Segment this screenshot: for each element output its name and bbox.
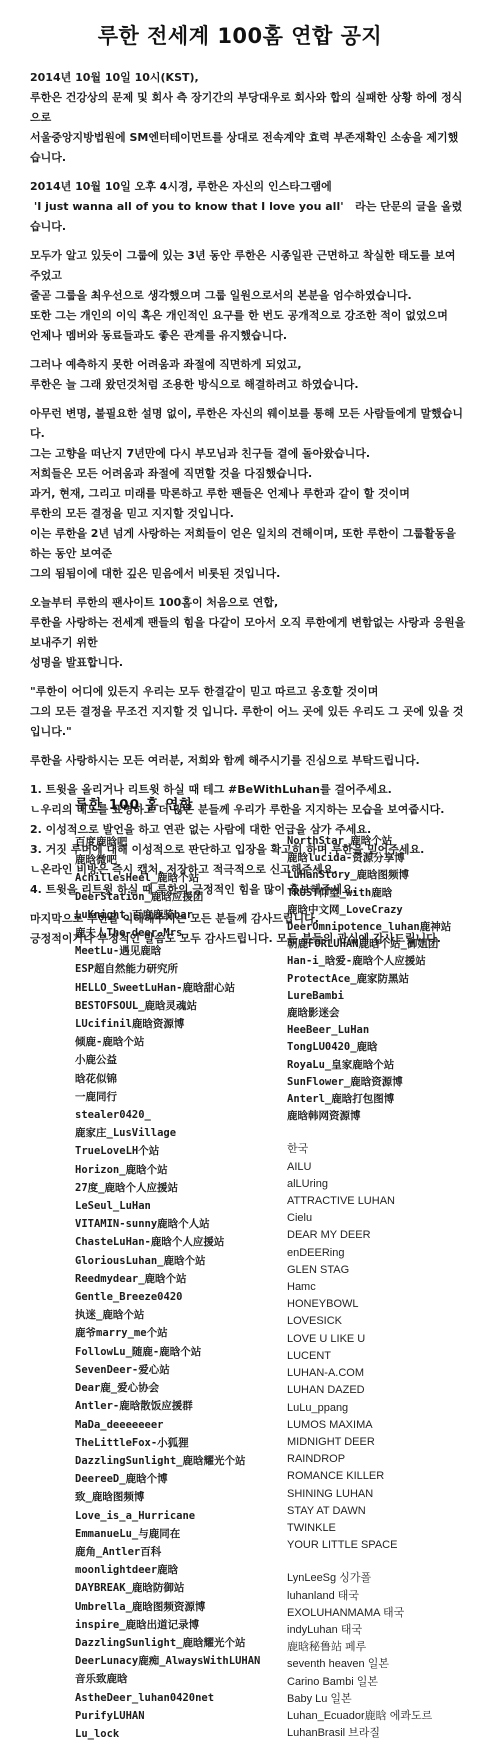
fansite-item: 鹿晗lucida-资源分享博 — [287, 850, 472, 867]
fansite-column-right: NorthStar_鹿晗个站鹿晗lucida-资源分享博LuHanStory_鹿… — [287, 833, 472, 1742]
fansite-item: HONEYBOWL — [287, 1296, 472, 1313]
fansite-item: Reedmydear_鹿晗个站 — [75, 1270, 285, 1288]
fansite-group-china: NorthStar_鹿晗个站鹿晗lucida-资源分享博LuHanStory_鹿… — [287, 833, 472, 1125]
text-line: 그러나 예측하지 못한 어려움과 좌절에 직면하게 되었고, — [30, 355, 466, 375]
fansite-item: moonlightdeer鹿晗 — [75, 1561, 285, 1579]
fansite-item: 鹿晗中文网_LoveCrazy — [287, 902, 472, 919]
fansite-item: DAYBREAK_鹿晗防御站 — [75, 1579, 285, 1597]
announcement-paragraph: 오늘부터 루한의 팬사이트 100홈이 처음으로 연합,루한을 사랑하는 전세계… — [30, 593, 466, 673]
fansite-item: TrueLoveLH个站 — [75, 1142, 285, 1160]
fansite-item: indyLuhan 태국 — [287, 1622, 472, 1639]
fansite-item: RoyaLu_皇家鹿晗个站 — [287, 1057, 472, 1074]
fansite-item: STAY AT DAWN — [287, 1503, 472, 1520]
text-line: 저희들은 모든 어려움과 좌절에 직면할 것을 다짐했습니다. — [30, 464, 466, 484]
text-line: 루한을 사랑하시는 모든 여러분, 저희와 함께 해주시기를 진심으로 부탁드립… — [30, 751, 466, 771]
text-line: 언제나 멤버와 동료들과도 좋은 관계를 유지했습니다. — [30, 326, 466, 346]
page-title: 루한 전세계 100홈 연합 공지 — [0, 20, 480, 50]
fansite-item: Luhan_Ecuador鹿晗 에콰도르 — [287, 1708, 472, 1725]
fansite-columns: 百度鹿晗吧鹿晗微吧AchillesHeel_鹿晗个站DeerStation_鹿晗… — [75, 833, 470, 1743]
fansite-group-korea: 한국AILUalLUringATTRACTIVE LUHANCieluDEAR … — [287, 1141, 472, 1554]
fansite-item: SHINING LUHAN — [287, 1486, 472, 1503]
fansite-item: luhanland 태국 — [287, 1588, 472, 1605]
fansite-item: 小鹿公益 — [75, 1051, 285, 1069]
text-line: 과거, 현재, 그리고 미래를 막론하고 루한 팬들은 언제나 루한과 같이 할… — [30, 484, 466, 504]
text-line: 그의 모든 결정을 무조건 지지할 것 입니다. 루한이 어느 곳에 있든 우리… — [30, 702, 466, 742]
text-line: 또한 그는 개인의 이익 혹은 개인적인 요구를 한 번도 공개적으로 강조한 … — [30, 306, 466, 326]
fansite-item: Gentle_Breeze0420 — [75, 1288, 285, 1306]
fansite-item: 鹿晗韩网资源博 — [287, 1108, 472, 1125]
announcement-paragraph: "루한이 어디에 있든지 우리는 모두 한결같이 믿고 따르고 옹호할 것이며그… — [30, 682, 466, 742]
fansite-item: DEAR MY DEER — [287, 1227, 472, 1244]
fansite-item: enDEERing — [287, 1245, 472, 1262]
text-line: 루한은 늘 그래 왔던것처럼 조용한 방식으로 해결하려고 하였습니다. — [30, 375, 466, 395]
fansite-item: Han-i_晗爱-鹿晗个人应援站 — [287, 953, 472, 970]
announcement-paragraph: 모두가 알고 있듯이 그룹에 있는 3년 동안 루한은 시종일관 근면하고 착실… — [30, 246, 466, 346]
fansite-item: 鹿晗影迷会 — [287, 1005, 472, 1022]
fansite-item: alLUring — [287, 1176, 472, 1193]
fansite-item: TRUST仰望_with鹿晗 — [287, 885, 472, 902]
fansite-item: RAINDROP — [287, 1451, 472, 1468]
fansite-item: TheLittleFox-小狐狸 — [75, 1434, 285, 1452]
text-line: 루한을 사랑하는 전세계 팬들의 힘을 다같이 모아서 오직 루한에게 변함없는… — [30, 613, 466, 653]
fansite-item: ProtectAce_鹿家防黑站 — [287, 971, 472, 988]
text-line: 'I just wanna all of you to know that I … — [30, 197, 466, 237]
union-section: 루한 100 홈 연합 百度鹿晗吧鹿晗微吧AchillesHeel_鹿晗个站De… — [75, 793, 470, 1743]
fansite-item: inspire_鹿晗出道记录博 — [75, 1616, 285, 1634]
text-line: 서울중앙지방법원에 SM엔터테이먼트를 상대로 전속계약 효력 부존재확인 소송… — [30, 128, 466, 168]
fansite-item: Antler-鹿晗散饭应援群 — [75, 1397, 285, 1415]
announcement-page: 루한 전세계 100홈 연합 공지 2014년 10월 10일 10시(KST)… — [0, 0, 480, 1752]
fansite-item: MeetLu-遇见鹿晗 — [75, 942, 285, 960]
fansite-item: MaDa_deeeeeeer — [75, 1416, 285, 1434]
fansite-item: Umbrella_鹿晗图频资源博 — [75, 1598, 285, 1616]
text-line: "루한이 어디에 있든지 우리는 모두 한결같이 믿고 따르고 옹호할 것이며 — [30, 682, 466, 702]
union-header: 루한 100 홈 연합 — [75, 793, 470, 813]
fansite-item: TongLU0420_鹿晗 — [287, 1039, 472, 1056]
fansite-item: PurifyLUHAN — [75, 1707, 285, 1725]
fansite-item: NorthStar_鹿晗个站 — [287, 833, 472, 850]
fansite-item: Hamc — [287, 1279, 472, 1296]
text-line: 루한의 모든 결정을 믿고 지지할 것입니다. — [30, 504, 466, 524]
fansite-item: AILU — [287, 1159, 472, 1176]
fansite-item: LUHAN-A.COM — [287, 1365, 472, 1382]
fansite-item: 致_鹿晗图频博 — [75, 1488, 285, 1506]
fansite-item: LynLeeSg 싱가폴 — [287, 1570, 472, 1587]
fansite-item: stealer0420_ — [75, 1106, 285, 1124]
fansite-item: DeereeD_鹿晗个博 — [75, 1470, 285, 1488]
fansite-item: HELLO_SweetLuHan-鹿晗甜心站 — [75, 979, 285, 997]
fansite-item: DeerStation_鹿晗应援团 — [75, 888, 285, 906]
text-line: 2014년 10월 10일 오후 4시경, 루한은 자신의 인스타그램에 — [30, 177, 466, 197]
fansite-item: VITAMIN-sunny鹿晗个人站 — [75, 1215, 285, 1233]
fansite-item: HeeBeer_LuHan — [287, 1022, 472, 1039]
fansite-item: LUMOS MAXIMA — [287, 1417, 472, 1434]
text-line: 줄곧 그룹을 최우선으로 생각했으며 그룹 일원으로서의 본분을 엄수하였습니다… — [30, 286, 466, 306]
text-line: 이는 루한을 2년 넘게 사랑하는 저희들이 얻은 일치의 견해이며, 또한 루… — [30, 524, 466, 564]
fansite-item: 倾鹿-鹿晗个站 — [75, 1033, 285, 1051]
text-line: 모두가 알고 있듯이 그룹에 있는 3년 동안 루한은 시종일관 근면하고 착실… — [30, 246, 466, 286]
fansite-item: TWINKLE — [287, 1520, 472, 1537]
fansite-item: 执迷_鹿晗个站 — [75, 1306, 285, 1324]
fansite-item: Horizon_鹿晗个站 — [75, 1161, 285, 1179]
fansite-item: LuLu_ppang — [287, 1400, 472, 1417]
fansite-item: ESP超自然能力研究所 — [75, 960, 285, 978]
fansite-item: Anterl_鹿晗打包图博 — [287, 1091, 472, 1108]
text-line: 아무런 변명, 불필요한 설명 없이, 루한은 자신의 웨이보를 통해 모든 사… — [30, 404, 466, 444]
fansite-item: LuHanStory_鹿晗图频博 — [287, 867, 472, 884]
fansite-item: EXOLUHANMAMA 태국 — [287, 1605, 472, 1622]
fansite-item: ATTRACTIVE LUHAN — [287, 1193, 472, 1210]
fansite-item: EmmanueLu_与鹿同在 — [75, 1525, 285, 1543]
fansite-item: SevenDeer-爱心站 — [75, 1361, 285, 1379]
fansite-item: 鹿爷marry_me个站 — [75, 1324, 285, 1342]
fansite-item: BESTOFSOUL_鹿晗灵魂站 — [75, 997, 285, 1015]
fansite-item: LOVESICK — [287, 1313, 472, 1330]
fansite-item: 鹿角_Antler百科 — [75, 1543, 285, 1561]
fansite-item: LureBambi — [287, 988, 472, 1005]
fansite-item: DazzlingSunlight_鹿晗耀光个站 — [75, 1634, 285, 1652]
fansite-item: 27度_鹿晗个人应援站 — [75, 1179, 285, 1197]
announcement-paragraph: 2014년 10월 10일 10시(KST),루한은 건강상의 문제 및 회사 … — [30, 68, 466, 168]
fansite-item: 百度鹿晗吧 — [75, 833, 285, 851]
fansite-item: Love_is_a_Hurricane — [75, 1507, 285, 1525]
text-line: 그의 됨됨이에 대한 깊은 믿음에서 비롯된 것입니다. — [30, 564, 466, 584]
fansite-item: seventh heaven 일본 — [287, 1656, 472, 1673]
announcement-paragraph: 2014년 10월 10일 오후 4시경, 루한은 자신의 인스타그램에 'I … — [30, 177, 466, 237]
fansite-item: YOUR LITTLE SPACE — [287, 1537, 472, 1554]
fansite-item: ROMANCE KILLER — [287, 1468, 472, 1485]
fansite-item: LUCENT — [287, 1348, 472, 1365]
fansite-item: LuhanBrasil 브라질 — [287, 1725, 472, 1742]
fansite-item: MIDNIGHT DEER — [287, 1434, 472, 1451]
fansite-item: Dear鹿_爱心协会 — [75, 1379, 285, 1397]
fansite-item: LOVE U LIKE U — [287, 1331, 472, 1348]
fansite-item: Carino Bambi 일본 — [287, 1674, 472, 1691]
text-line: 오늘부터 루한의 팬사이트 100홈이 처음으로 연합, — [30, 593, 466, 613]
fansite-item: LeSeul_LuHan — [75, 1197, 285, 1215]
fansite-group-international: LynLeeSg 싱가폴luhanland 태국EXOLUHANMAMA 태국i… — [287, 1570, 472, 1742]
fansite-item: GloriousLuhan_鹿晗个站 — [75, 1252, 285, 1270]
fansite-item: 鹿晗微吧 — [75, 851, 285, 869]
text-line: 루한은 건강상의 문제 및 회사 측 장기간의 부당대우로 회사와 합의 실패한… — [30, 88, 466, 128]
fansite-item: 鹿夫人The-deer-Mrs — [75, 924, 285, 942]
fansite-item: DeerOmnipotence_luhan鹿神站 — [287, 919, 472, 936]
announcement-paragraph: 그러나 예측하지 못한 어려움과 좌절에 직면하게 되었고,루한은 늘 그래 왔… — [30, 355, 466, 395]
fansite-item: 音乐致鹿晗 — [75, 1670, 285, 1688]
fansite-item: 鹿晗秘鲁站 페루 — [287, 1639, 472, 1656]
text-line: 성명을 발표합니다. — [30, 653, 466, 673]
fansite-item: LuKnight_百度鹿骑bar — [75, 906, 285, 924]
fansite-item: Lu_lock — [75, 1725, 285, 1743]
fansite-item: 一鹿同行 — [75, 1088, 285, 1106]
fansite-item: Cielu — [287, 1210, 472, 1227]
announcement-paragraph: 아무런 변명, 불필요한 설명 없이, 루한은 자신의 웨이보를 통해 모든 사… — [30, 404, 466, 584]
fansite-item: 鹿家庄_LusVillage — [75, 1124, 285, 1142]
text-line: 2014년 10월 10일 10시(KST), — [30, 68, 466, 88]
fansite-item: ChasteLuHan-鹿晗个人应援站 — [75, 1233, 285, 1251]
fansite-item: AchillesHeel_鹿晗个站 — [75, 869, 285, 887]
fansite-item: 朝鹿FORLUHAN鹿晗个站_御姐团 — [287, 936, 472, 953]
fansite-column-left: 百度鹿晗吧鹿晗微吧AchillesHeel_鹿晗个站DeerStation_鹿晗… — [75, 833, 285, 1743]
fansite-item: DeerLunacy鹿痴_AlwaysWithLUHAN — [75, 1652, 285, 1670]
fansite-item: 한국 — [287, 1141, 472, 1158]
fansite-item: DazzlingSunlight_鹿晗耀光个站 — [75, 1452, 285, 1470]
fansite-item: SunFlower_鹿晗资源博 — [287, 1074, 472, 1091]
fansite-item: FollowLu_随鹿-鹿晗个站 — [75, 1343, 285, 1361]
fansite-item: GLEN STAG — [287, 1262, 472, 1279]
fansite-item: Baby Lu 일본 — [287, 1691, 472, 1708]
fansite-item: LUHAN DAZED — [287, 1382, 472, 1399]
fansite-item: LUcifinil鹿晗资源博 — [75, 1015, 285, 1033]
fansite-item: 晗花似锦 — [75, 1070, 285, 1088]
fansite-item: AstheDeer_luhan0420net — [75, 1689, 285, 1707]
announcement-paragraph: 루한을 사랑하시는 모든 여러분, 저희와 함께 해주시기를 진심으로 부탁드립… — [30, 751, 466, 771]
text-line: 그는 고향을 떠난지 7년만에 다시 부모님과 친구들 곁에 돌아왔습니다. — [30, 444, 466, 464]
